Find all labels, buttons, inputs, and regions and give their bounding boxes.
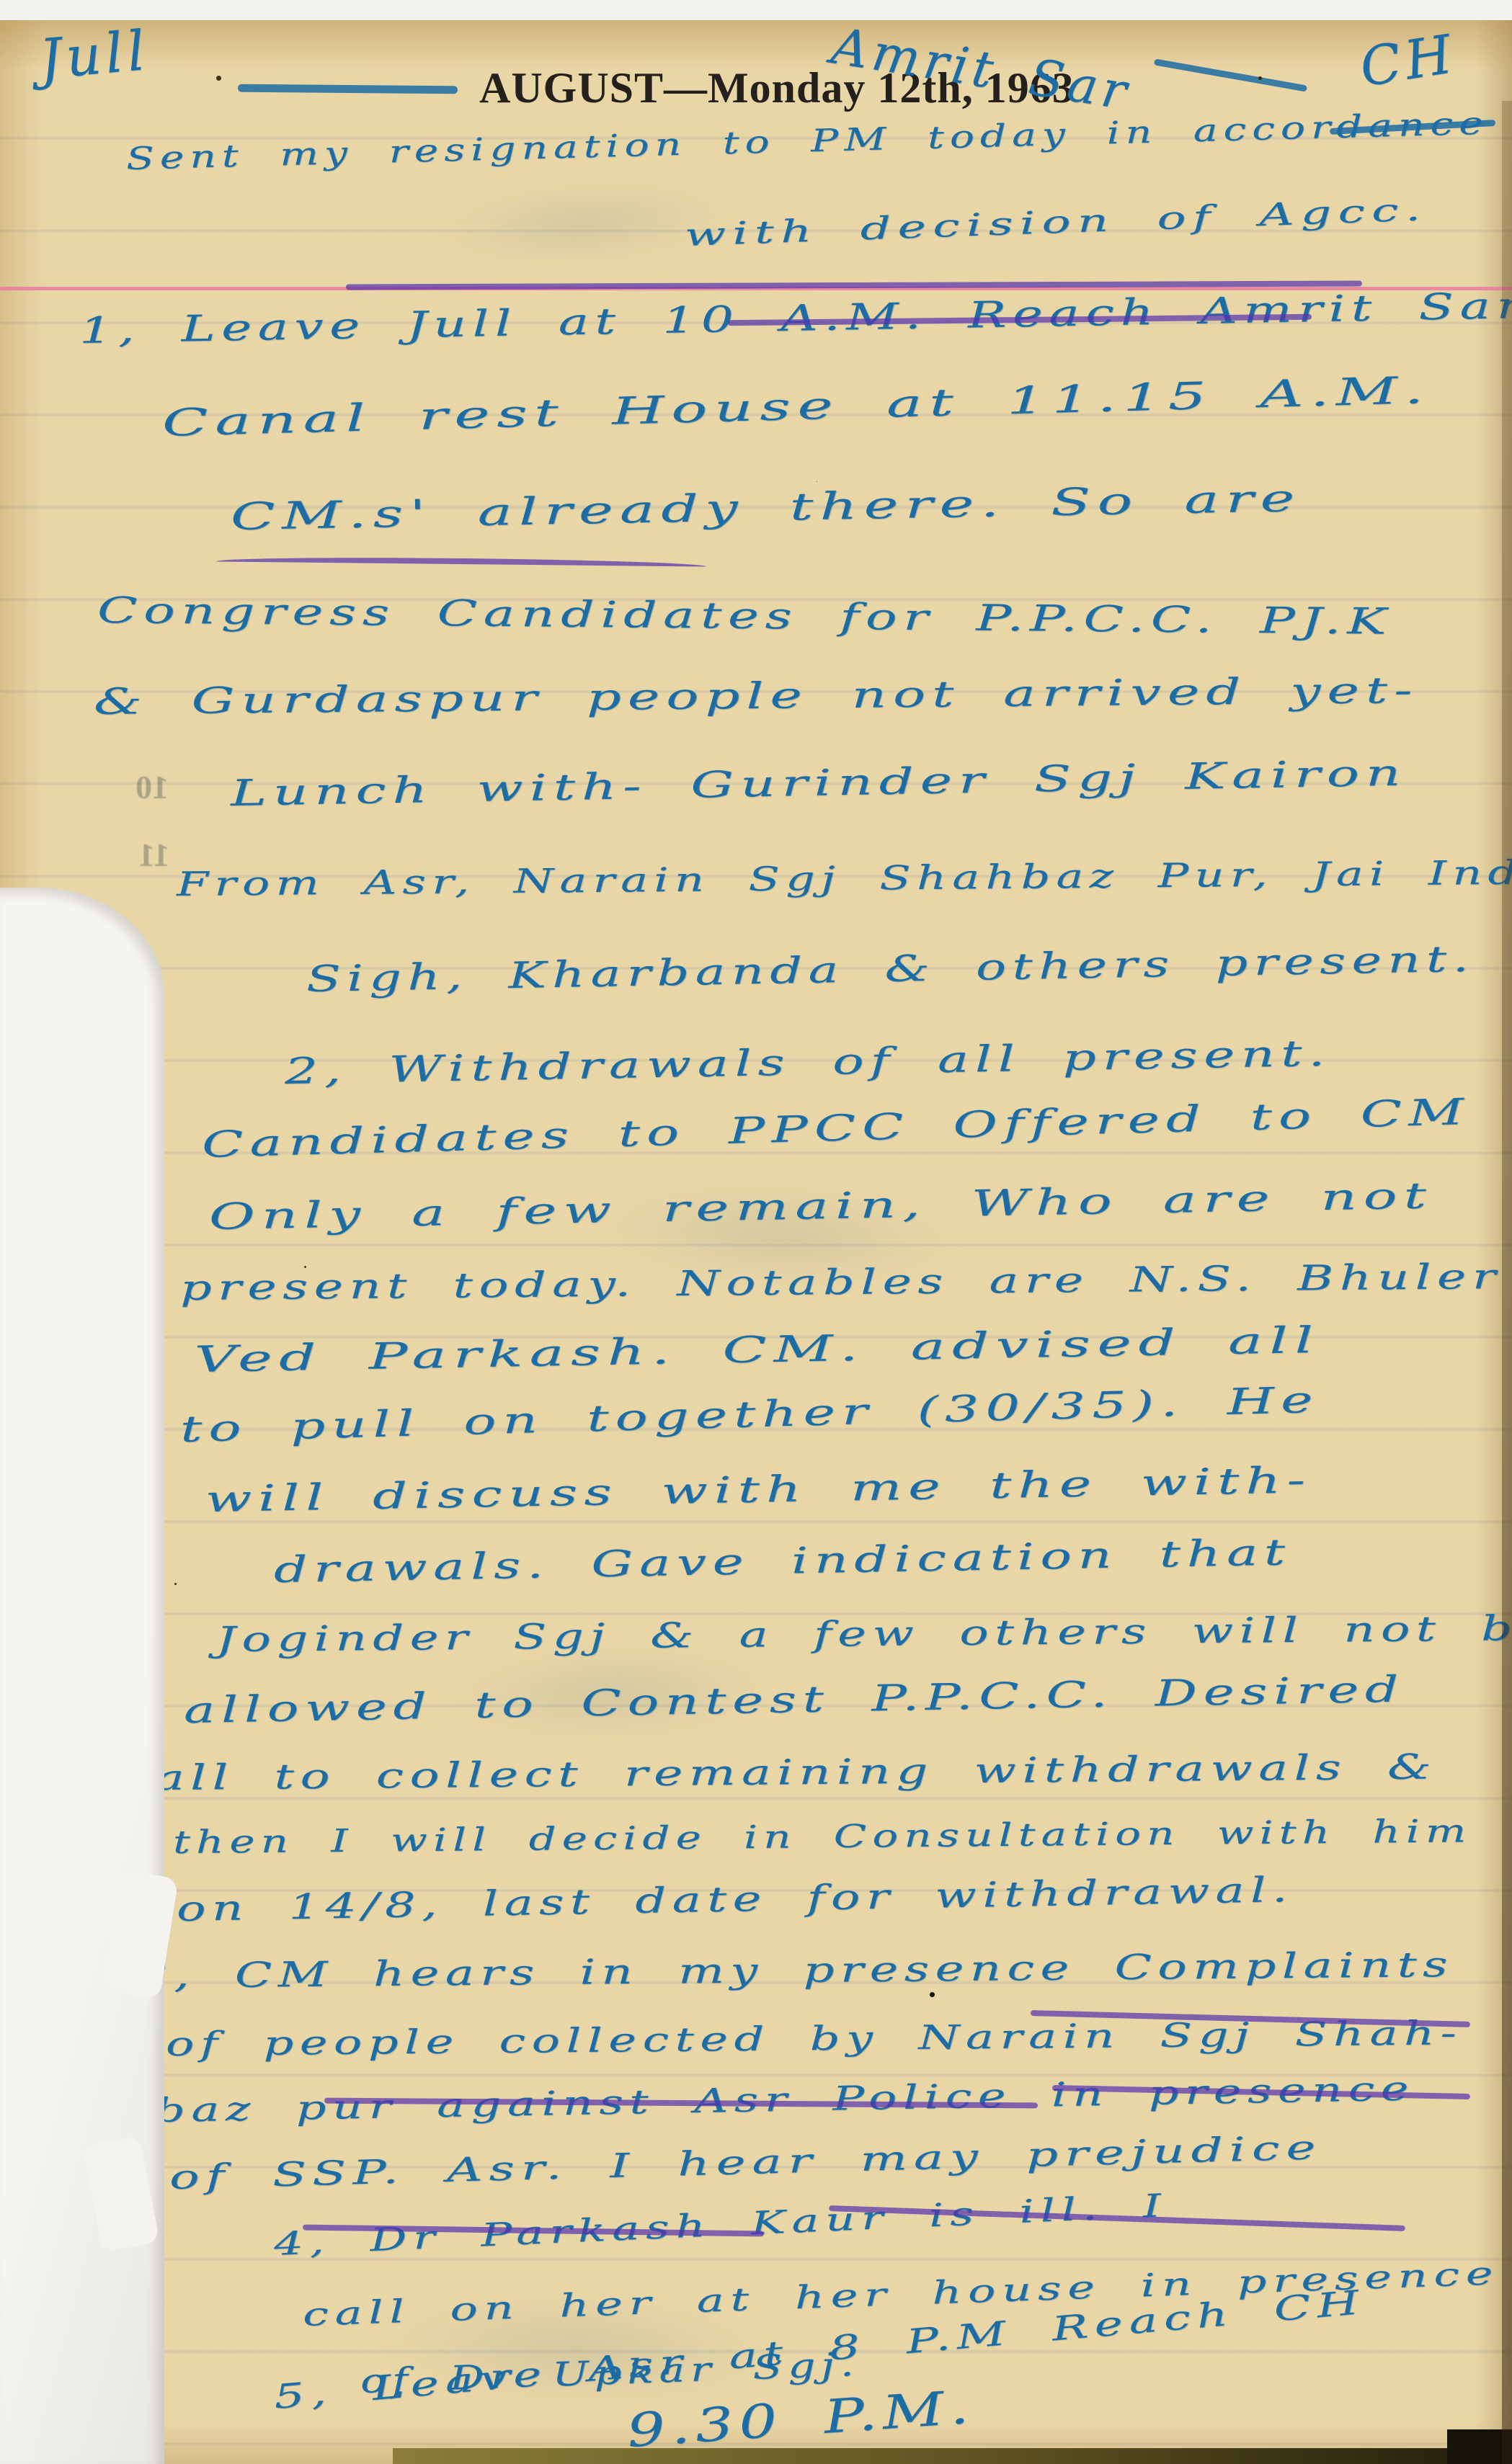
page-bottom-edge [393, 2448, 1512, 2464]
handwritten-line: Jull [37, 18, 151, 91]
scan-background-strip [0, 0, 1512, 20]
margin-ghost-number: 10 [135, 768, 169, 806]
margin-ghost-number: 11 [138, 836, 169, 874]
ink-speck [216, 76, 221, 81]
page-gutter-shadow [1502, 101, 1512, 2464]
diary-scan: { "page": { "printed_header": "AUGUST—Mo… [0, 0, 1512, 2464]
